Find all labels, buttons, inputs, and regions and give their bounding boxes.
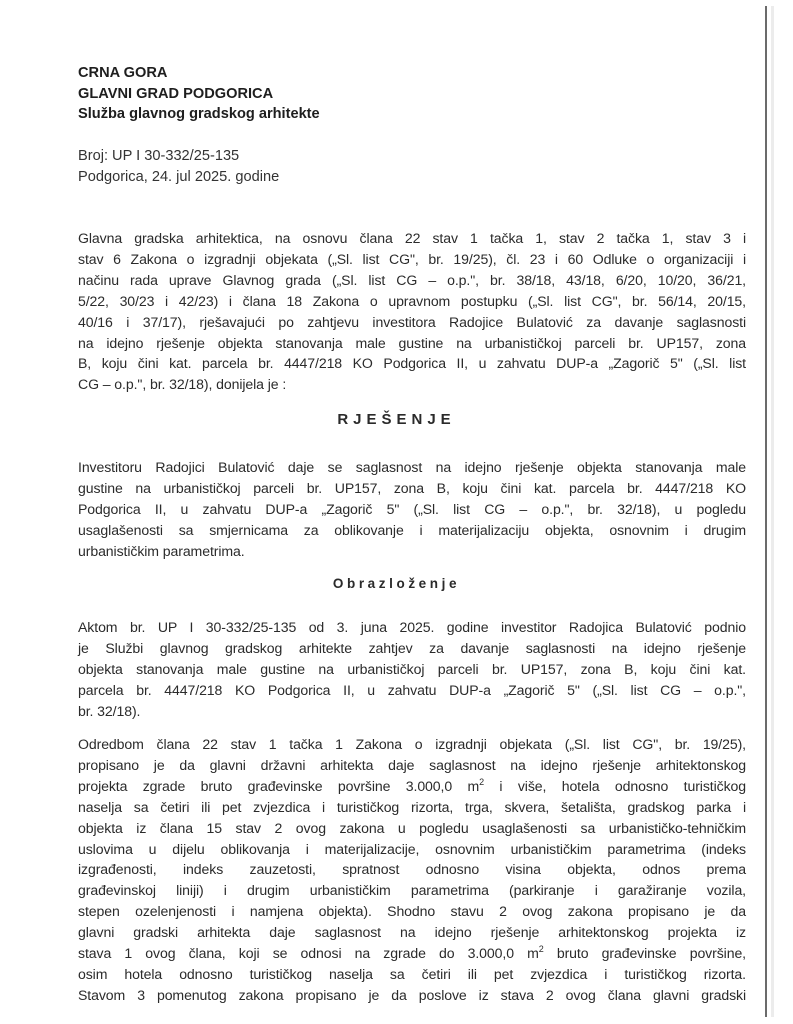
text-line: načinu rada uprave Glavnog grada („Sl. l… [78, 270, 746, 291]
text-line: izgrađenosti, indeks zauzetosti, spratno… [78, 859, 746, 880]
text-line: Investitoru Radojici Bulatović daje se s… [78, 457, 746, 478]
resenje-heading: RJEŠENJE [0, 411, 793, 428]
text-line: parcela br. 4447/218 KO Podgorica II, u … [78, 680, 746, 701]
text-line: gustine na urbanističkoj parceli br. UP1… [78, 478, 746, 499]
text-line: na idejno rješenje objekta stanovanja ma… [78, 333, 746, 354]
text-line: osim hotela odnosno turističkog naselja … [78, 964, 746, 985]
text-line: je Službi glavnog gradskog arhitekte zah… [78, 638, 746, 659]
text-line: Podgorica II, u zahvatu DUP-a „Zagorič 5… [78, 499, 746, 520]
text-line: Aktom br. UP I 30-332/25-135 od 3. juna … [78, 617, 746, 638]
text-line: 40/16 i 37/17), rješavajući po zahtjevu … [78, 312, 746, 333]
text-line: stav 6 Zakona o izgradnji objekata („Sl.… [78, 249, 746, 270]
text-line: projekta zgrade bruto građevinske površi… [78, 776, 746, 797]
text-line: stepen ozelenjenosti i namjena objekta).… [78, 901, 746, 922]
page-edge-line [765, 6, 767, 1017]
text-line: 5/22, 30/23 i 42/23) i člana 18 Zakona o… [78, 291, 746, 312]
page-edge-shadow [771, 6, 774, 1017]
header-city: GLAVNI GRAD PODGORICA [78, 84, 273, 104]
obrazlozenje-paragraph-2: Odredbom člana 22 stav 1 tačka 1 Zakona … [78, 734, 746, 1006]
text-line: objekta stanovanja male gustine na urban… [78, 659, 746, 680]
text-line: B, koju čini kat. parcela br. 4447/218 K… [78, 353, 746, 374]
text-line: objekta iz člana 15 stav 2 ovog zakona u… [78, 818, 746, 839]
text-line: glavni gradski arhitekta daje saglasnost… [78, 922, 746, 943]
text-line: CG – o.p.", br. 32/18), donijela je : [78, 374, 746, 395]
resenje-paragraph: Investitoru Radojici Bulatović daje se s… [78, 457, 746, 562]
text-line: Stavom 3 pomenutog zakona propisano je d… [78, 985, 746, 1006]
document-number: Broj: UP I 30-332/25-135 [78, 146, 239, 166]
text-line: usaglašenosti sa smjernicama za oblikova… [78, 520, 746, 541]
header-country: CRNA GORA [78, 63, 167, 83]
text-line: naselja sa četiri ili pet zvjezdica i tu… [78, 797, 746, 818]
text-line: Odredbom člana 22 stav 1 tačka 1 Zakona … [78, 734, 746, 755]
obrazlozenje-paragraph-1: Aktom br. UP I 30-332/25-135 od 3. juna … [78, 617, 746, 722]
header-office: Služba glavnog gradskog arhitekte [78, 104, 320, 124]
text-line: urbanističkim parametrima. [78, 541, 746, 562]
document-page: CRNA GORA GLAVNI GRAD PODGORICA Služba g… [0, 0, 793, 1024]
text-line: propisano je da glavni državni arhitekta… [78, 755, 746, 776]
obrazlozenje-heading: Obrazloženje [0, 576, 793, 591]
intro-paragraph: Glavna gradska arhitektica, na osnovu čl… [78, 228, 746, 395]
text-line: br. 32/18). [78, 701, 746, 722]
text-line: građevinskoj liniji) i drugim urbanistič… [78, 880, 746, 901]
text-line: uslovima u dijelu oblikovanja i materija… [78, 839, 746, 860]
text-line: Glavna gradska arhitektica, na osnovu čl… [78, 228, 746, 249]
text-line: stava 1 ovog člana, koji se odnosi na zg… [78, 943, 746, 964]
document-place-date: Podgorica, 24. jul 2025. godine [78, 167, 279, 187]
